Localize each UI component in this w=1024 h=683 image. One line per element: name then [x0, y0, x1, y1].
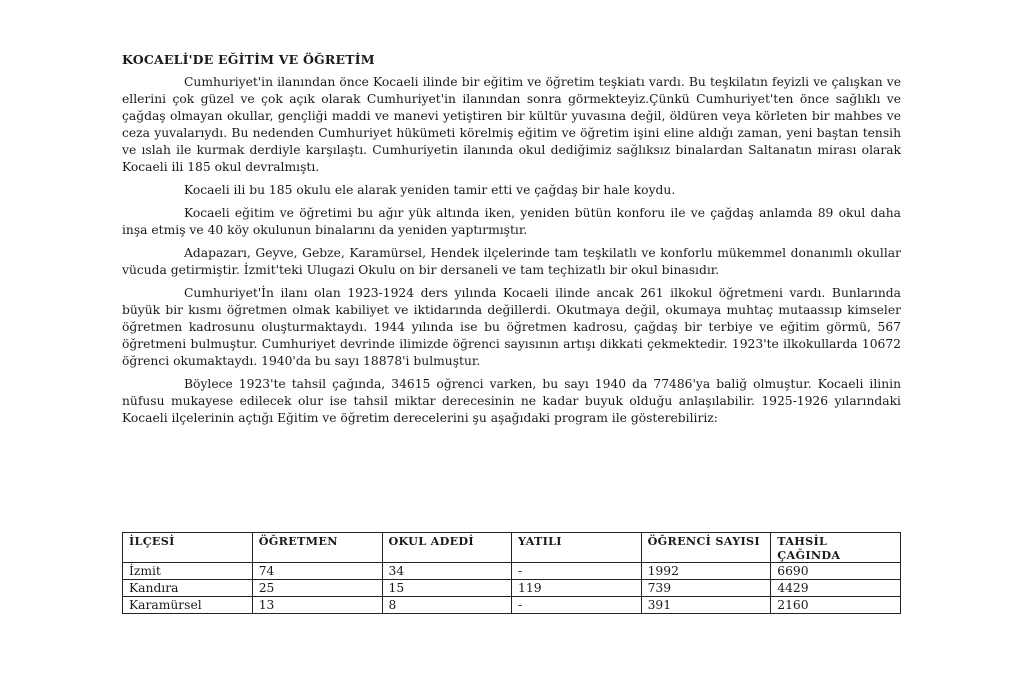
cell-student-count: 1992 — [641, 563, 771, 580]
paragraph-2: Kocaeli ili bu 185 okulu ele alarak yeni… — [122, 182, 901, 199]
cell-school-count: 34 — [382, 563, 512, 580]
paragraph-4: Adapazarı, Geyve, Gebze, Karamürsel, Hen… — [122, 245, 901, 279]
cell-student-count: 391 — [641, 597, 771, 614]
cell-school-age: 4429 — [771, 580, 901, 597]
cell-school-count: 15 — [382, 580, 512, 597]
cell-boarding: - — [512, 597, 642, 614]
cell-school-count: 8 — [382, 597, 512, 614]
cell-district: Kandıra — [123, 580, 253, 597]
document-title: KOCAELİ'DE EĞİTİM VE ÖĞRETİM — [122, 52, 901, 68]
education-table: İLÇESİ ÖĞRETMEN OKUL ADEDİ YATILI ÖĞRENC… — [122, 532, 901, 614]
cell-district: Karamürsel — [123, 597, 253, 614]
cell-teachers: 25 — [252, 580, 382, 597]
header-teachers: ÖĞRETMEN — [252, 533, 382, 563]
cell-school-age: 6690 — [771, 563, 901, 580]
cell-teachers: 74 — [252, 563, 382, 580]
document-page: KOCAELİ'DE EĞİTİM VE ÖĞRETİM Cumhuriyet'… — [122, 52, 901, 427]
header-school-age: TAHSİL ÇAĞINDA — [771, 533, 901, 563]
cell-boarding: 119 — [512, 580, 642, 597]
table-row: Kandıra 25 15 119 739 4429 — [123, 580, 901, 597]
cell-district: İzmit — [123, 563, 253, 580]
cell-school-age: 2160 — [771, 597, 901, 614]
cell-teachers: 13 — [252, 597, 382, 614]
cell-student-count: 739 — [641, 580, 771, 597]
paragraph-3: Kocaeli eğitim ve öğretimi bu ağır yük a… — [122, 205, 901, 239]
header-boarding: YATILI — [512, 533, 642, 563]
header-district: İLÇESİ — [123, 533, 253, 563]
header-student-count: ÖĞRENCİ SAYISI — [641, 533, 771, 563]
table-header-row: İLÇESİ ÖĞRETMEN OKUL ADEDİ YATILI ÖĞRENC… — [123, 533, 901, 563]
paragraph-6: Böylece 1923'te tahsil çağında, 34615 oğ… — [122, 376, 901, 427]
header-school-count: OKUL ADEDİ — [382, 533, 512, 563]
table-row: Karamürsel 13 8 - 391 2160 — [123, 597, 901, 614]
paragraph-1: Cumhuriyet'in ilanından önce Kocaeli ili… — [122, 74, 901, 176]
cell-boarding: - — [512, 563, 642, 580]
table-row: İzmit 74 34 - 1992 6690 — [123, 563, 901, 580]
paragraph-5: Cumhuriyet'İn ilanı olan 1923-1924 ders … — [122, 285, 901, 370]
